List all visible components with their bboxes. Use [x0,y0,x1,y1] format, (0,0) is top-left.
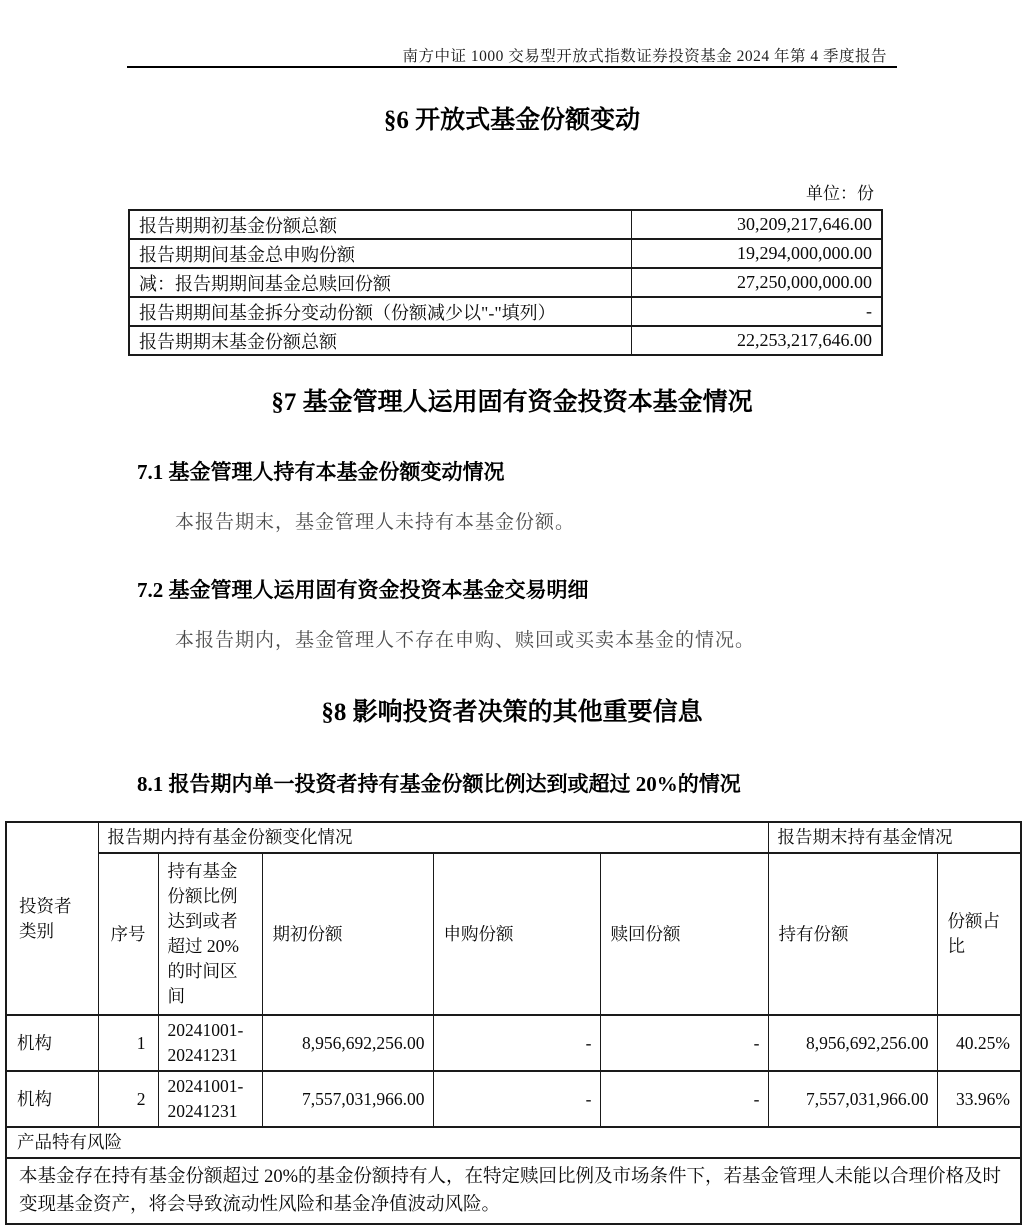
cell-time-range: 20241001-20241231 [158,1071,262,1127]
cell-category: 机构 [6,1071,98,1127]
cell-begin-shares: 7,557,031,966.00 [262,1071,433,1127]
table-row: 报告期期间基金总申购份额 19,294,000,000.00 [129,239,882,268]
cell-time-range: 20241001-20241231 [158,1015,262,1071]
row-label: 报告期期间基金拆分变动份额（份额减少以"-"填列） [129,297,631,326]
header-group-row: 投资者类别 报告期内持有基金份额变化情况 报告期末持有基金情况 [6,822,1021,853]
header-period-end-group: 报告期末持有基金情况 [768,822,1021,853]
cell-redeem-shares: - [600,1071,768,1127]
cell-redeem-shares: - [600,1015,768,1071]
product-risk-text-row: 本基金存在持有基金份额超过 20%的基金份额持有人，在特定赎回比例及市场条件下，… [6,1158,1021,1224]
cell-purchase-shares: - [433,1071,600,1127]
report-page: 南方中证 1000 交易型开放式指数证券投资基金 2024 年第 4 季度报告 … [0,0,1024,1227]
row-label: 报告期期间基金总申购份额 [129,239,631,268]
cell-seq: 1 [98,1015,158,1071]
row-value: 27,250,000,000.00 [631,268,882,297]
section-8-1-heading: 8.1 报告期内单一投资者持有基金份额比例达到或超过 20%的情况 [137,770,997,798]
header-share-ratio: 份额占比 [937,853,1021,1015]
section-7-2-heading: 7.2 基金管理人运用固有资金投资本基金交易明细 [137,576,997,604]
cell-begin-shares: 8,956,692,256.00 [262,1015,433,1071]
row-value: 22,253,217,646.00 [631,326,882,355]
header-time-range: 持有基金份额比例达到或者超过 20%的时间区间 [158,853,262,1015]
cell-share-ratio: 40.25% [937,1015,1021,1071]
row-label: 减：报告期期间基金总赎回份额 [129,268,631,297]
investor-row: 机构 1 20241001-20241231 8,956,692,256.00 … [6,1015,1021,1071]
unit-label: 单位：份 [127,179,874,204]
table-row: 报告期期间基金拆分变动份额（份额减少以"-"填列） - [129,297,882,326]
header-investor-category: 投资者类别 [6,822,98,1015]
section-7-2-paragraph: 本报告期内，基金管理人不存在申购、赎回或买卖本基金的情况。 [175,628,935,654]
section-7-1-paragraph: 本报告期末，基金管理人未持有本基金份额。 [175,510,935,536]
table-row: 报告期期末基金份额总额 22,253,217,646.00 [129,326,882,355]
header-held-shares: 持有份额 [768,853,937,1015]
share-change-table: 报告期期初基金份额总额 30,209,217,646.00 报告期期间基金总申购… [128,209,883,356]
cell-seq: 2 [98,1071,158,1127]
cell-held-shares: 8,956,692,256.00 [768,1015,937,1071]
investor-row: 机构 2 20241001-20241231 7,557,031,966.00 … [6,1071,1021,1127]
header-begin-shares: 期初份额 [262,853,433,1015]
header-period-change-group: 报告期内持有基金份额变化情况 [98,822,768,853]
row-label: 报告期期末基金份额总额 [129,326,631,355]
row-value: - [631,297,882,326]
page-header-title: 南方中证 1000 交易型开放式指数证券投资基金 2024 年第 4 季度报告 [127,44,887,66]
section-7-title: §7 基金管理人运用固有资金投资本基金情况 [127,386,897,420]
row-value: 30,209,217,646.00 [631,210,882,239]
row-label: 报告期期初基金份额总额 [129,210,631,239]
section-8-title: §8 影响投资者决策的其他重要信息 [127,696,897,730]
header-redeem-shares: 赎回份额 [600,853,768,1015]
product-risk-label-row: 产品特有风险 [6,1127,1021,1158]
row-value: 19,294,000,000.00 [631,239,882,268]
section-6-title: §6 开放式基金份额变动 [127,104,897,138]
cell-share-ratio: 33.96% [937,1071,1021,1127]
table-row: 减：报告期期间基金总赎回份额 27,250,000,000.00 [129,268,882,297]
cell-purchase-shares: - [433,1015,600,1071]
cell-held-shares: 7,557,031,966.00 [768,1071,937,1127]
table-row: 报告期期初基金份额总额 30,209,217,646.00 [129,210,882,239]
product-risk-text: 本基金存在持有基金份额超过 20%的基金份额持有人，在特定赎回比例及市场条件下，… [6,1158,1021,1224]
header-seq: 序号 [98,853,158,1015]
cell-category: 机构 [6,1015,98,1071]
header-rule [127,66,897,68]
section-7-1-heading: 7.1 基金管理人持有本基金份额变动情况 [137,458,997,486]
product-risk-label: 产品特有风险 [6,1127,1021,1158]
investor-holding-table: 投资者类别 报告期内持有基金份额变化情况 报告期末持有基金情况 序号 持有基金份… [5,821,1022,1225]
header-columns-row: 序号 持有基金份额比例达到或者超过 20%的时间区间 期初份额 申购份额 赎回份… [6,853,1021,1015]
header-purchase-shares: 申购份额 [433,853,600,1015]
